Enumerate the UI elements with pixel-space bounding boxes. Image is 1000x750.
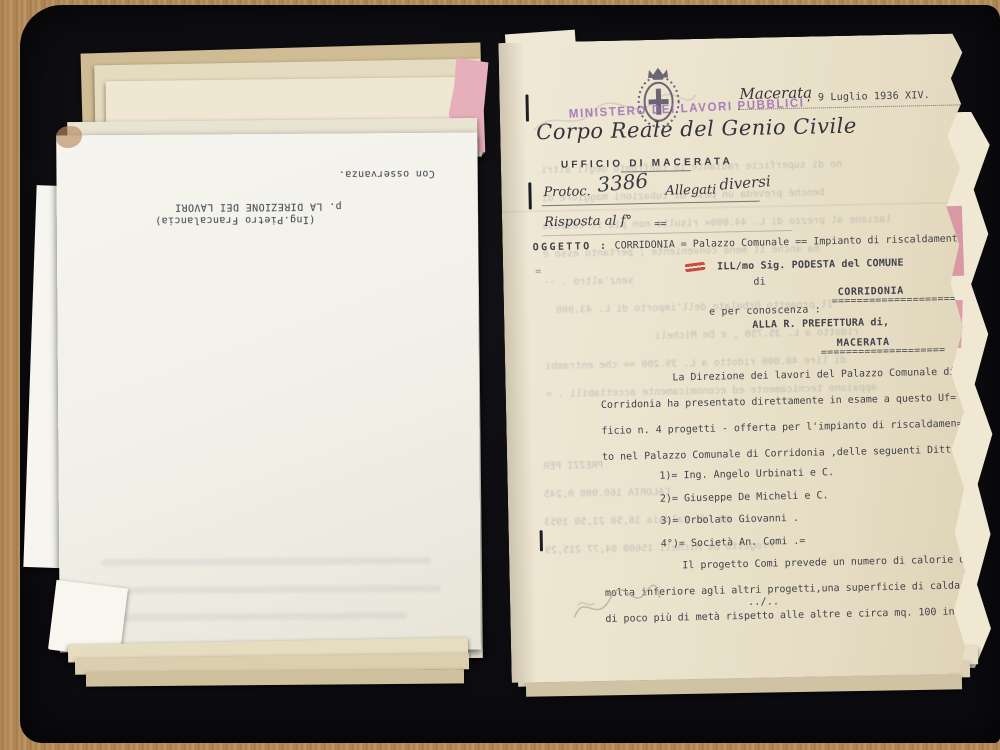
date-typed: , 9 Luglio 1936 XIV. (805, 89, 930, 105)
margin-ink-mark (540, 530, 543, 551)
closing-text: Con osservanza. (338, 167, 434, 180)
pencil-scribble (568, 582, 665, 636)
continuation-mark: ../.. (748, 595, 779, 609)
firm-list: 1)= Ing. Angelo Urbinati e C.2)= Giusepp… (659, 466, 835, 560)
allegati-label: Allegati (665, 184, 716, 198)
bleedthrough-line: CALORIA 160.000 0,245 (544, 486, 671, 502)
addressee-line1: ILL/mo Sig. PODESTA del COMUNE (717, 257, 904, 274)
bleedthrough-line: PREZZI PER (543, 459, 603, 473)
signature-org-line: p. LA DIREZIONE DEI LAVORI (175, 199, 342, 212)
bleedthrough-bar (101, 557, 431, 566)
signature-name-line: (Ing.Pietro Francalancia) (155, 213, 316, 226)
bleedthrough-bar (108, 612, 408, 621)
oggetto-label: OGGETTO : (533, 240, 609, 255)
letterhead-org: Corpo Reale del Genio Civile (536, 120, 857, 140)
addressee-prefix: = (535, 265, 542, 278)
allegati-value: diversi (719, 175, 771, 192)
cc-intro: e per conoscenza : (709, 303, 821, 318)
bleedthrough-line: senz'altro . -- (543, 274, 634, 289)
body-paragraph-1: La Direzione dei lavori del Palazzo Comu… (600, 365, 974, 477)
addressee-underline: ==================== (832, 293, 957, 309)
bleedthrough-bar (89, 585, 441, 594)
margin-ink-mark (525, 94, 529, 121)
wood-table: { "left_page": { "closing": "Con osserva… (0, 0, 1000, 750)
addressee-line2: di (753, 276, 766, 289)
risposta-label: Risposta al f° (544, 214, 632, 229)
margin-ink-mark (528, 182, 532, 209)
date-place: Macerata (739, 87, 812, 102)
protocol-label: Protoc. (543, 185, 591, 199)
protocol-number: 3386 (597, 174, 649, 192)
cc-underline: ==================== (821, 344, 946, 360)
red-pencil-mark (685, 262, 706, 272)
right-page: no di superficie radiante in confronto d… (498, 33, 989, 683)
risposta-value: == (654, 218, 667, 231)
cc-line1: ALLA R. PREFETTURA di, (752, 316, 889, 332)
left-page: Con osservanza. p. LA DIREZIONE DEI LAVO… (56, 133, 481, 653)
